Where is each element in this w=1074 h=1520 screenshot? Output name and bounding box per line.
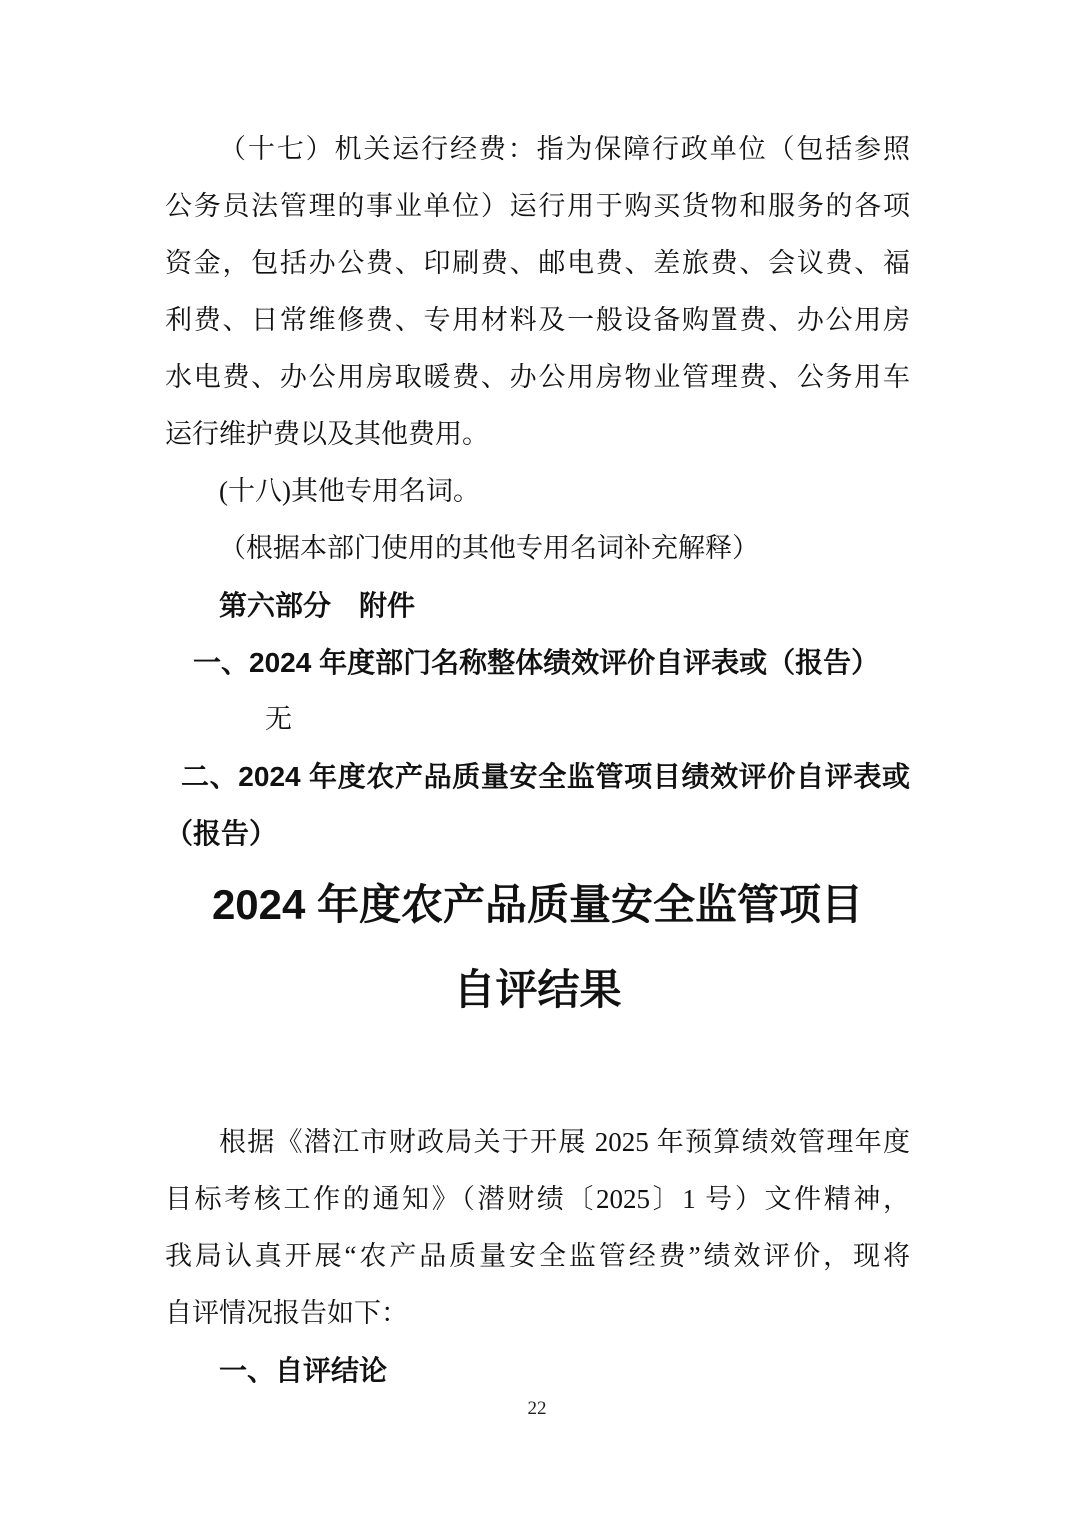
document-page: （十七）机关运行经费：指为保障行政单位（包括参照 公务员法管理的事业单位）运行用… (0, 0, 1074, 1520)
paragraph-line: 利费、日常维修费、专用材料及一般设备购置费、办公用房 (165, 292, 910, 349)
intro-line: 目标考核工作的通知》（潜财绩〔2025〕1 号）文件精神， (165, 1171, 910, 1228)
paragraph-line: （十七）机关运行经费：指为保障行政单位（包括参照 (165, 121, 910, 178)
intro-line: 我局认真开展“农产品质量安全监管经费”绩效评价，现将 (165, 1228, 910, 1285)
page-number: 22 (0, 1398, 1074, 1420)
attachment-item-1-value: 无 (165, 691, 910, 748)
report-title-line-2: 自评结果 (165, 947, 910, 1032)
paragraph-line: (十八)其他专用名词。 (165, 463, 910, 520)
paragraph-line: 运行维护费以及其他费用。 (165, 406, 910, 463)
paragraph-line: 水电费、办公用房取暖费、办公用房物业管理费、公务用车 (165, 349, 910, 406)
intro-line: 根据《潜江市财政局关于开展 2025 年预算绩效管理年度 (165, 1114, 910, 1171)
attachment-item-2-heading-cont: （报告） (165, 805, 910, 862)
intro-line: 自评情况报告如下： (165, 1285, 910, 1342)
paragraph-line: 公务员法管理的事业单位）运行用于购买货物和服务的各项 (165, 178, 910, 235)
report-title-line-1: 2024 年度农产品质量安全监管项目 (165, 862, 910, 947)
document-content: （十七）机关运行经费：指为保障行政单位（包括参照 公务员法管理的事业单位）运行用… (165, 121, 910, 1399)
section-heading-part6: 第六部分 附件 (165, 577, 910, 634)
paragraph-line: 资金，包括办公费、印刷费、邮电费、差旅费、会议费、福 (165, 235, 910, 292)
note-line: （根据本部门使用的其他专用名词补充解释） (165, 520, 910, 577)
conclusion-heading: 一、自评结论 (165, 1342, 910, 1399)
attachment-item-1-heading: 一、2024 年度部门名称整体绩效评价自评表或（报告） (165, 634, 910, 691)
attachment-item-2-heading: 二、2024 年度农产品质量安全监管项目绩效评价自评表或 (165, 748, 910, 805)
